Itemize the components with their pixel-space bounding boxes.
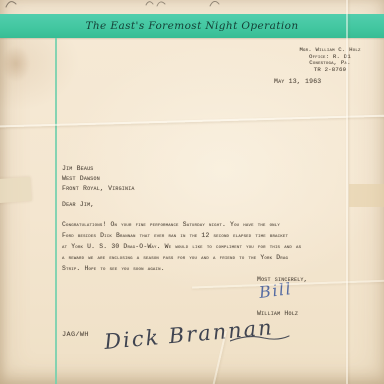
stain-smudge [2,46,30,82]
body-line: a reward we are enclosing a season pass … [62,252,370,263]
sender-address-block: Mgr. William C. Holz Office: R. D1 Cones… [277,47,383,73]
recipient-city: Front Royal, Virginia [62,184,135,194]
body-line: Congratulations! On your fine performanc… [62,219,370,230]
fold-crease-horizontal-upper [0,114,384,127]
autograph-tail-flourish [230,332,290,346]
tape-patch-right [349,184,384,207]
letterhead-slogan: The East's Foremost Night Operation [85,20,298,32]
tape-patch-left [0,177,32,203]
body-line: at York U. S. 30 Drag-O-Way. We would li… [62,241,370,252]
cut-off-script-fragment [0,0,384,10]
letter-date: May 13, 1963 [274,78,321,85]
recipient-address-block: Jim Beaus West Dawson Front Royal, Virgi… [62,164,135,193]
reference-initials: JAG/WH [62,331,89,339]
fold-crease-vertical-right [346,0,348,384]
letterhead-vertical-rule [55,38,57,384]
letter-body: Congratulations! On your fine performanc… [62,219,370,274]
body-line: Strip. Hope to see you soon again. [62,263,370,274]
body-line: Ford besides Dick Brannan that ever ran … [62,230,370,241]
recipient-street: West Dawson [62,174,135,184]
sender-phone-line: TR 2-8769 [277,67,383,74]
recipient-name: Jim Beaus [62,164,135,174]
letter-scan: The East's Foremost Night Operation Mgr.… [0,0,384,384]
letterhead-banner: The East's Foremost Night Operation [0,14,384,38]
salutation: Dear Jim, [62,201,94,208]
